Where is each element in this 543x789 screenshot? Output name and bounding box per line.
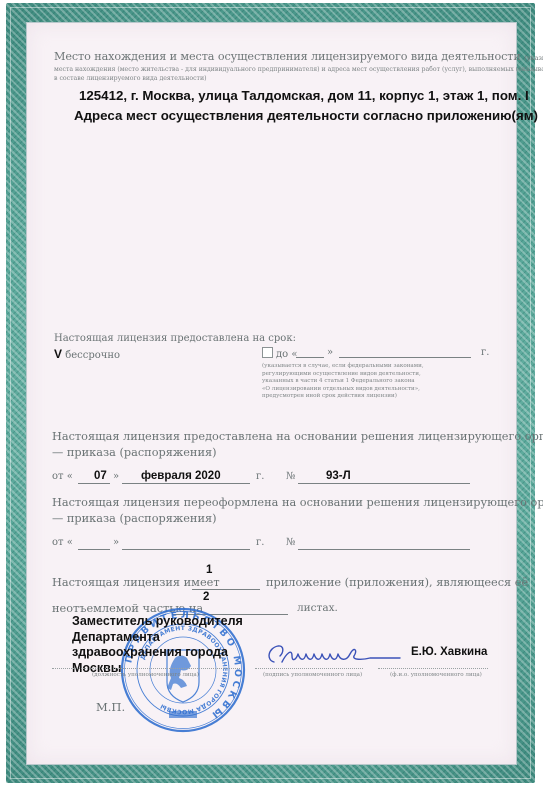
name-line-rule <box>378 668 488 669</box>
term-label: Настоящая лицензия предоставлена на срок… <box>54 333 296 344</box>
granted-quote: » <box>113 471 119 482</box>
granted-basis-order: — приказа (распоряжения) <box>52 446 217 459</box>
reissued-day-field[interactable] <box>78 549 110 550</box>
signature-line-rule <box>255 668 363 669</box>
reissued-basis-order: — приказа (распоряжения) <box>52 512 217 525</box>
reissued-month-field[interactable] <box>122 549 250 550</box>
signatory-position: Заместитель руководителя Департамента зд… <box>72 614 243 676</box>
location-heading: Место нахождения и места осуществления л… <box>54 50 543 63</box>
location-heading-note: (указываются адрес <box>524 54 543 62</box>
reissued-from-prefix: от « <box>52 537 73 548</box>
caption-signature: (подпись уполномоченного лица) <box>263 672 362 678</box>
granted-basis-text: Настоящая лицензия предоставлена на осно… <box>52 430 543 443</box>
until-day-field[interactable] <box>296 357 324 358</box>
granted-day-field <box>78 483 110 484</box>
until-month-year-field[interactable] <box>339 357 471 358</box>
appendix-text-1: Настоящая лицензия имеет <box>52 576 220 589</box>
checkbox-indefinite-checked[interactable]: V <box>54 347 62 361</box>
appendix-sheets: 2 <box>203 591 209 603</box>
position-line: Департамента <box>72 630 243 646</box>
until-quote: » <box>327 347 333 358</box>
note-line: предусмотрен иной срок действия лицензии… <box>262 393 462 401</box>
reissued-number-field[interactable] <box>298 549 470 550</box>
term-until-note: (указывается в случае, если федеральными… <box>262 363 462 401</box>
reissued-number-label: № <box>286 537 295 548</box>
granted-month-year: февраля 2020 <box>141 470 221 482</box>
handwritten-signature <box>262 640 402 668</box>
granted-number-label: № <box>286 471 295 482</box>
term-indefinite-option[interactable]: V бессрочно <box>54 347 120 361</box>
granted-year-suffix: г. <box>256 471 264 482</box>
position-line: Заместитель руководителя <box>72 614 243 630</box>
position-line-rule <box>52 668 240 669</box>
caption-name: (ф.и.о. уполномоченного лица) <box>390 672 482 678</box>
appendix-count-field <box>192 589 260 590</box>
reissued-year-suffix: г. <box>256 537 264 548</box>
note-line: (указывается в случае, если федеральными… <box>262 363 462 371</box>
position-line: здравоохранения города <box>72 645 243 661</box>
until-year-suffix: г. <box>481 347 489 358</box>
granted-number: 93-Л <box>326 470 351 482</box>
location-note-line-2: места нахождения (место жительства - для… <box>54 66 543 73</box>
license-address: 125412, г. Москва, улица Талдомская, дом… <box>79 88 529 103</box>
location-heading-text: Место нахождения и места осуществления л… <box>54 50 521 63</box>
granted-from-prefix: от « <box>52 471 73 482</box>
appendix-count: 1 <box>206 564 212 576</box>
term-indefinite-label: бессрочно <box>65 350 120 361</box>
term-until-option[interactable]: до « <box>262 347 297 360</box>
granted-month-field <box>122 483 250 484</box>
reissued-basis-text: Настоящая лицензия переоформлена на осно… <box>52 496 543 509</box>
caption-position: (должность уполномоченного лица) <box>92 672 199 678</box>
granted-number-field <box>298 483 470 484</box>
location-note-line-3: в составе лицензируемого вида деятельнос… <box>54 75 207 82</box>
note-line: регулирующими осуществление видов деятел… <box>262 371 462 379</box>
seal-place-label: М.П. <box>96 700 125 714</box>
signatory-name: Е.Ю. Хавкина <box>411 646 487 658</box>
checkbox-until[interactable] <box>262 347 273 358</box>
appendix-text-4: листах. <box>297 602 338 614</box>
until-prefix: до « <box>276 349 297 360</box>
granted-day: 07 <box>94 470 107 482</box>
reissued-quote: » <box>113 537 119 548</box>
note-line: указанных в части 4 статьи 1 Федеральног… <box>262 378 462 386</box>
appendix-text-2: приложение (приложения), являющееся её <box>266 576 528 589</box>
addresses-per-appendix: Адреса мест осуществления деятельности с… <box>74 108 538 123</box>
